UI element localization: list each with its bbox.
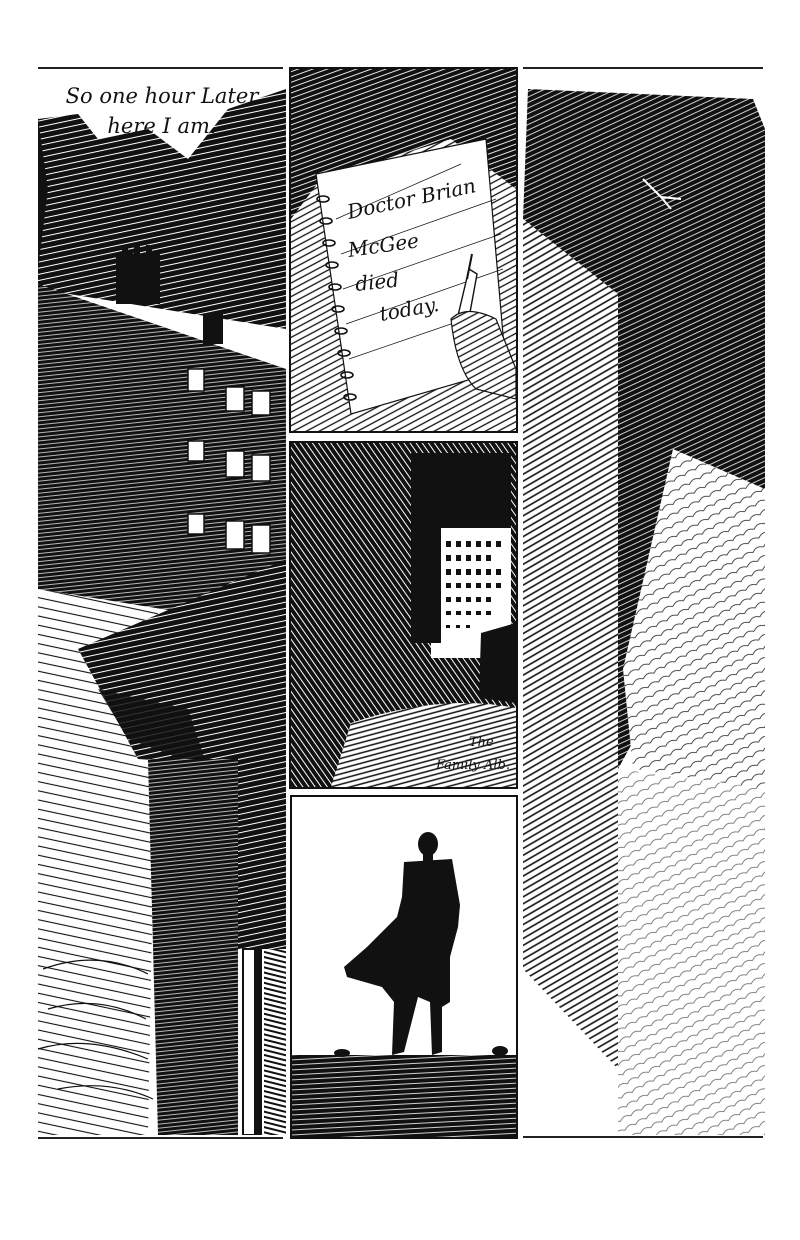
city-buildings-illustration xyxy=(38,69,286,1135)
notebook-line-3: died xyxy=(354,268,400,296)
comic-page: So one hour Later here I am. xyxy=(0,0,800,1240)
notebook-illustration: Doctor Brian McGee died today. xyxy=(291,69,516,431)
window-view-illustration: The Family Alb. xyxy=(291,443,516,787)
panel-notebook: Doctor Brian McGee died today. xyxy=(289,67,518,433)
panel-silhouette xyxy=(290,795,518,1139)
panel-left-tall: So one hour Later here I am. xyxy=(38,69,286,1135)
bottom-rule-left xyxy=(38,1137,283,1139)
silhouette-illustration xyxy=(292,797,516,1137)
narration-caption: So one hour Later here I am. xyxy=(52,81,272,141)
tower-sky-illustration xyxy=(523,69,765,1135)
caption-line-1: So one hour Later xyxy=(52,81,272,111)
signature-line-1: The xyxy=(469,735,494,750)
panel-right-tall xyxy=(523,69,765,1135)
caption-line-2: here I am. xyxy=(52,111,272,141)
panel-window-view: The Family Alb. xyxy=(289,441,518,789)
signature-line-2: Family Alb. xyxy=(435,758,510,773)
bottom-rule-right xyxy=(523,1136,763,1138)
